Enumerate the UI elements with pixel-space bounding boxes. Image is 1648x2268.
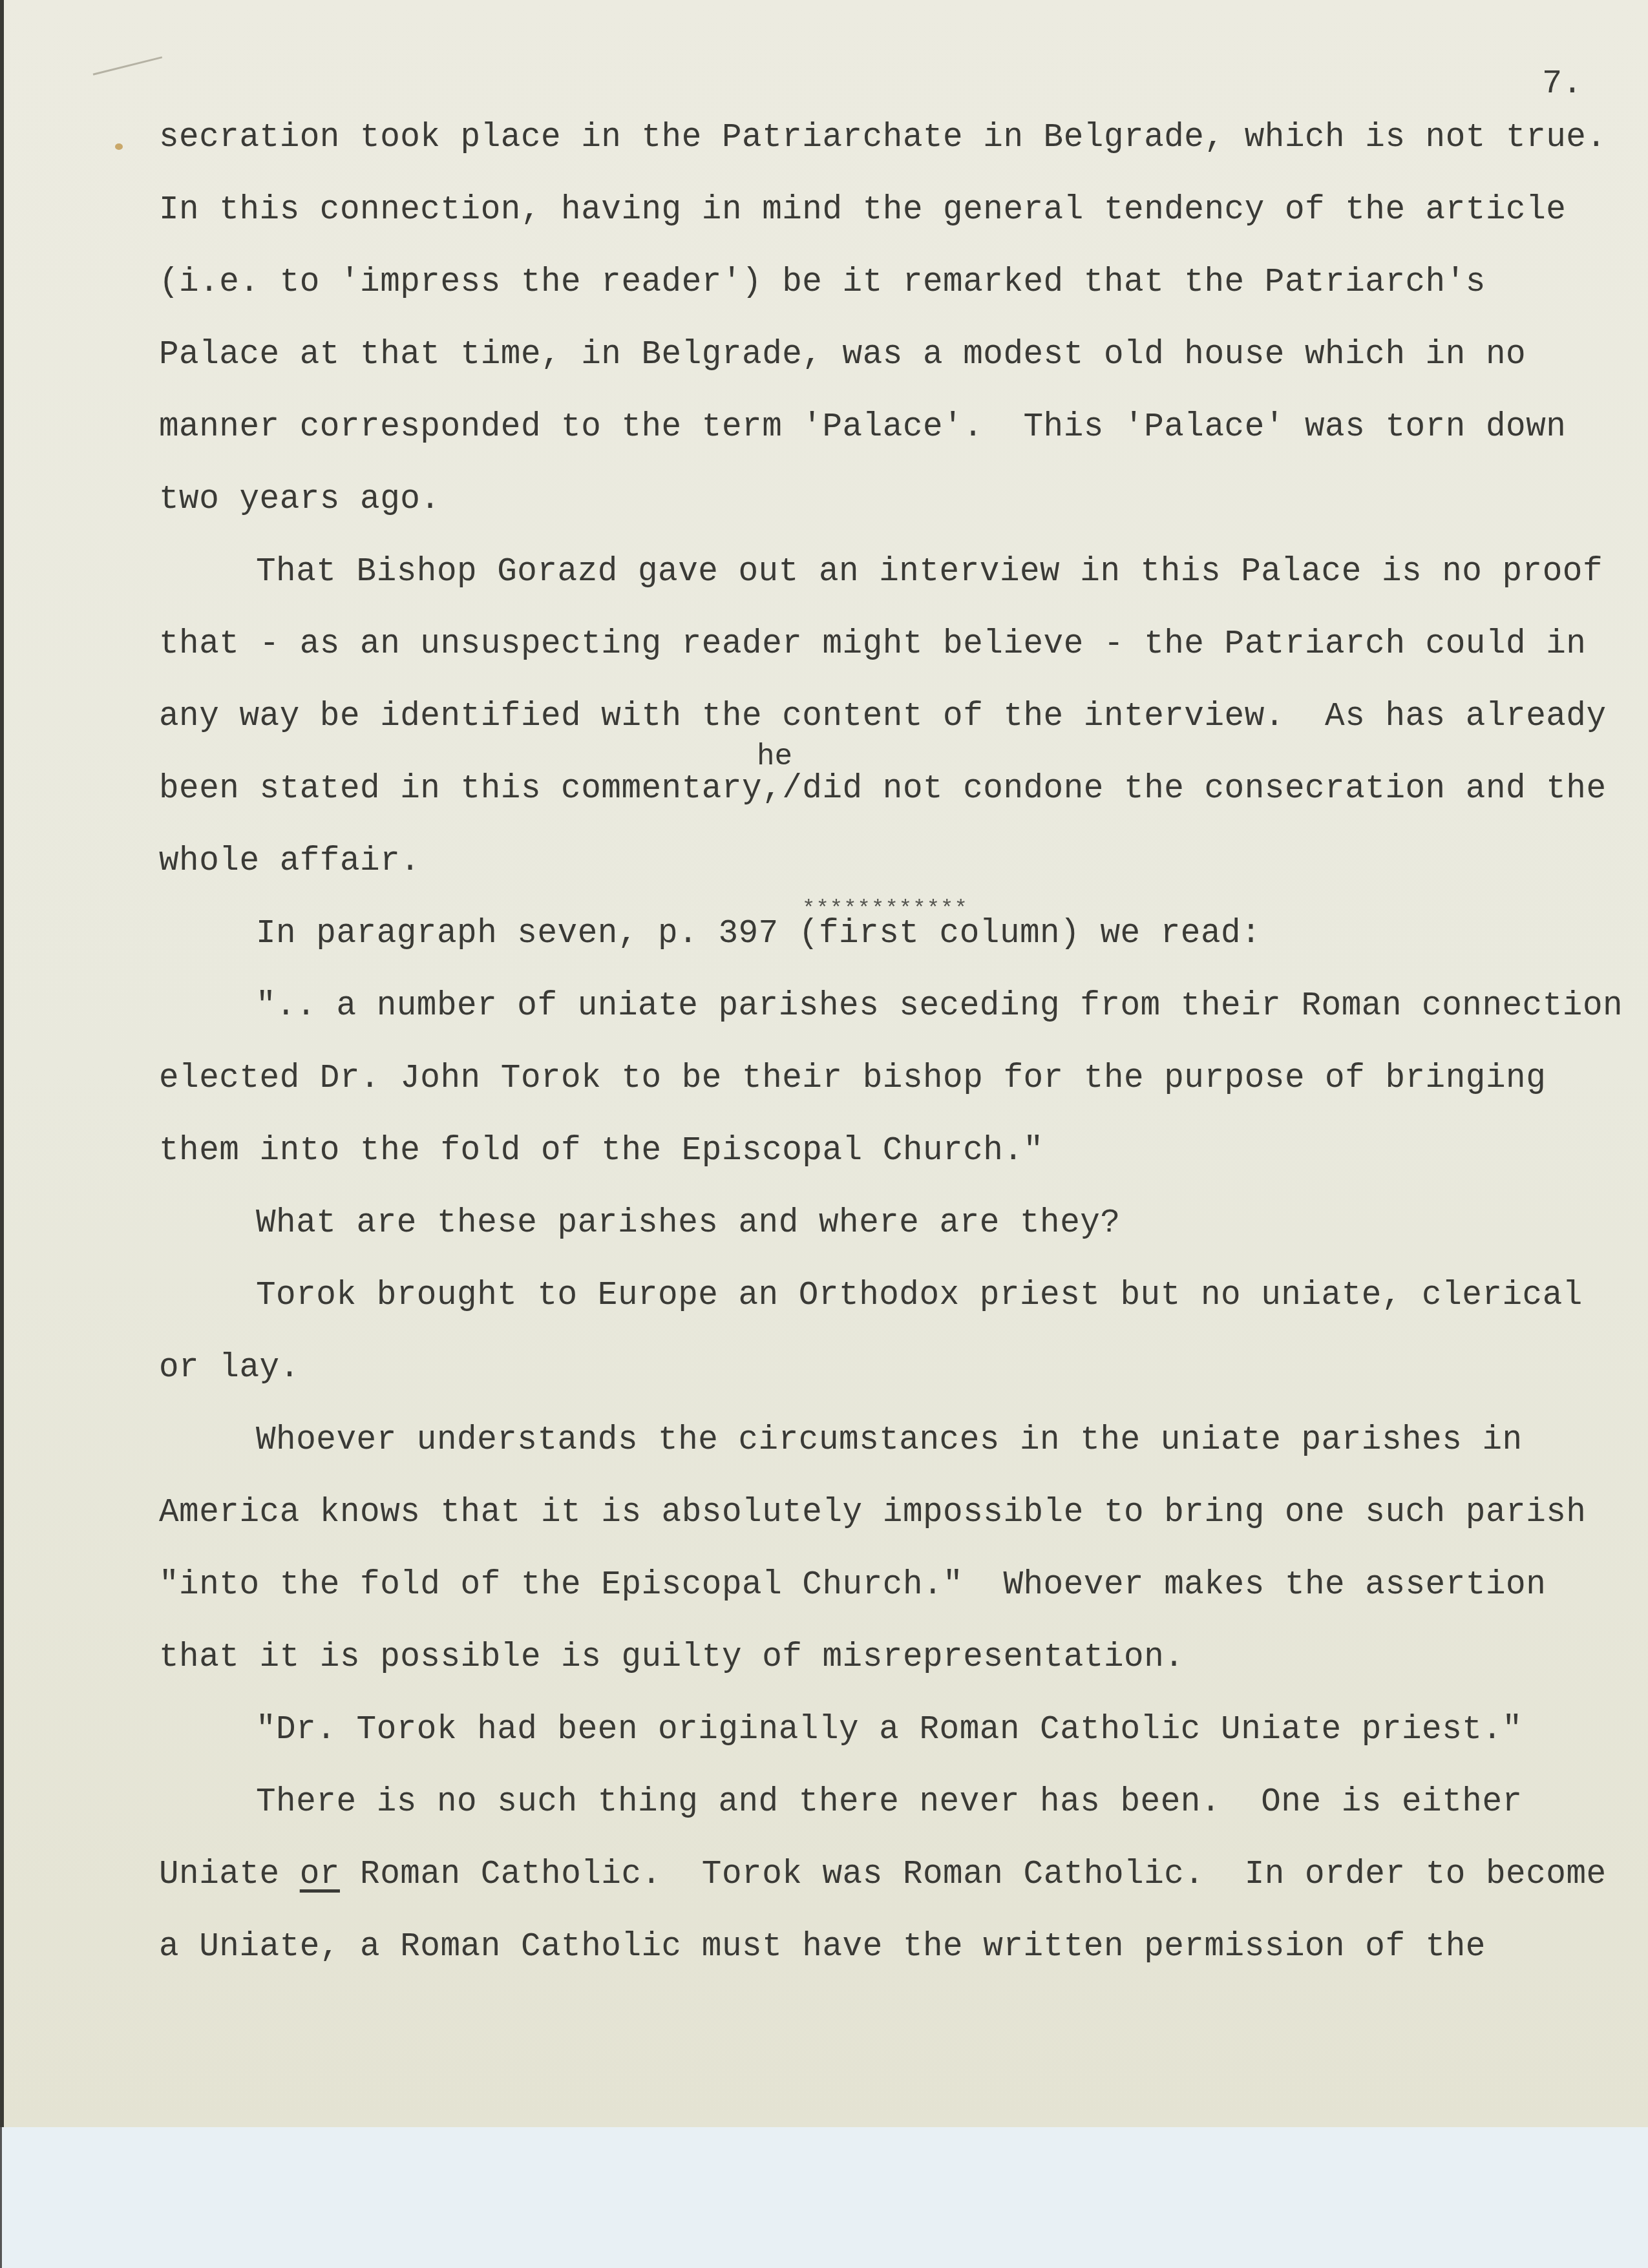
paragraph-start: Whoever understands the circumstances in…	[256, 1424, 1523, 1457]
page-number: 7.	[1542, 65, 1582, 103]
text-line: manner corresponded to the term 'Palace'…	[159, 411, 1566, 444]
text-line: Uniate or Roman Catholic. Torok was Roma…	[159, 1858, 1607, 1891]
paragraph-start: In paragraph seven, p. 397 (first column…	[256, 918, 1261, 950]
paragraph-start: There is no such thing and there never h…	[256, 1786, 1523, 1819]
paragraph-start: What are these parishes and where are th…	[256, 1207, 1121, 1240]
text-line: any way be identified with the content o…	[159, 700, 1607, 733]
text-line: whole affair.	[159, 845, 420, 878]
handwritten-insertion: he	[757, 740, 792, 773]
underlined-word: or	[300, 1856, 340, 1893]
line-prefix: Uniate	[159, 1856, 300, 1893]
paragraph-start: That Bishop Gorazd gave out an interview…	[256, 556, 1603, 589]
text-line: two years ago.	[159, 483, 440, 516]
text-line: or lay.	[159, 1352, 300, 1385]
text-line: (i.e. to 'impress the reader') be it rem…	[159, 266, 1486, 299]
paragraph-start: Torok brought to Europe an Orthodox prie…	[256, 1279, 1583, 1312]
text-line: that it is possible is guilty of misrepr…	[159, 1641, 1184, 1674]
text-line: Palace at that time, in Belgrade, was a …	[159, 339, 1526, 372]
quote-start: ".. a number of uniate parishes seceding…	[256, 990, 1623, 1023]
typewritten-page: 7. secration took place in the Patriarch…	[0, 0, 1648, 2127]
paper-stain	[115, 143, 123, 150]
line-rest: Roman Catholic. Torok was Roman Catholic…	[360, 1856, 1607, 1893]
text-line: elected Dr. John Torok to be their bisho…	[159, 1062, 1546, 1095]
quote-start: "Dr. Torok had been originally a Roman C…	[256, 1714, 1523, 1747]
text-line: In this connection, having in mind the g…	[159, 194, 1566, 227]
text-line: secration took place in the Patriarchate…	[159, 121, 1607, 154]
text-line: "into the fold of the Episcopal Church."…	[159, 1569, 1546, 1602]
scanner-background	[0, 2127, 1648, 2268]
paper-tear-mark	[93, 56, 167, 94]
text-line: been stated in this commentary,/did not …	[159, 773, 1607, 806]
text-line: a Uniate, a Roman Catholic must have the…	[159, 1931, 1486, 1964]
text-line: that - as an unsuspecting reader might b…	[159, 628, 1586, 661]
text-line: them into the fold of the Episcopal Chur…	[159, 1135, 1044, 1168]
text-line: America knows that it is absolutely impo…	[159, 1496, 1586, 1529]
